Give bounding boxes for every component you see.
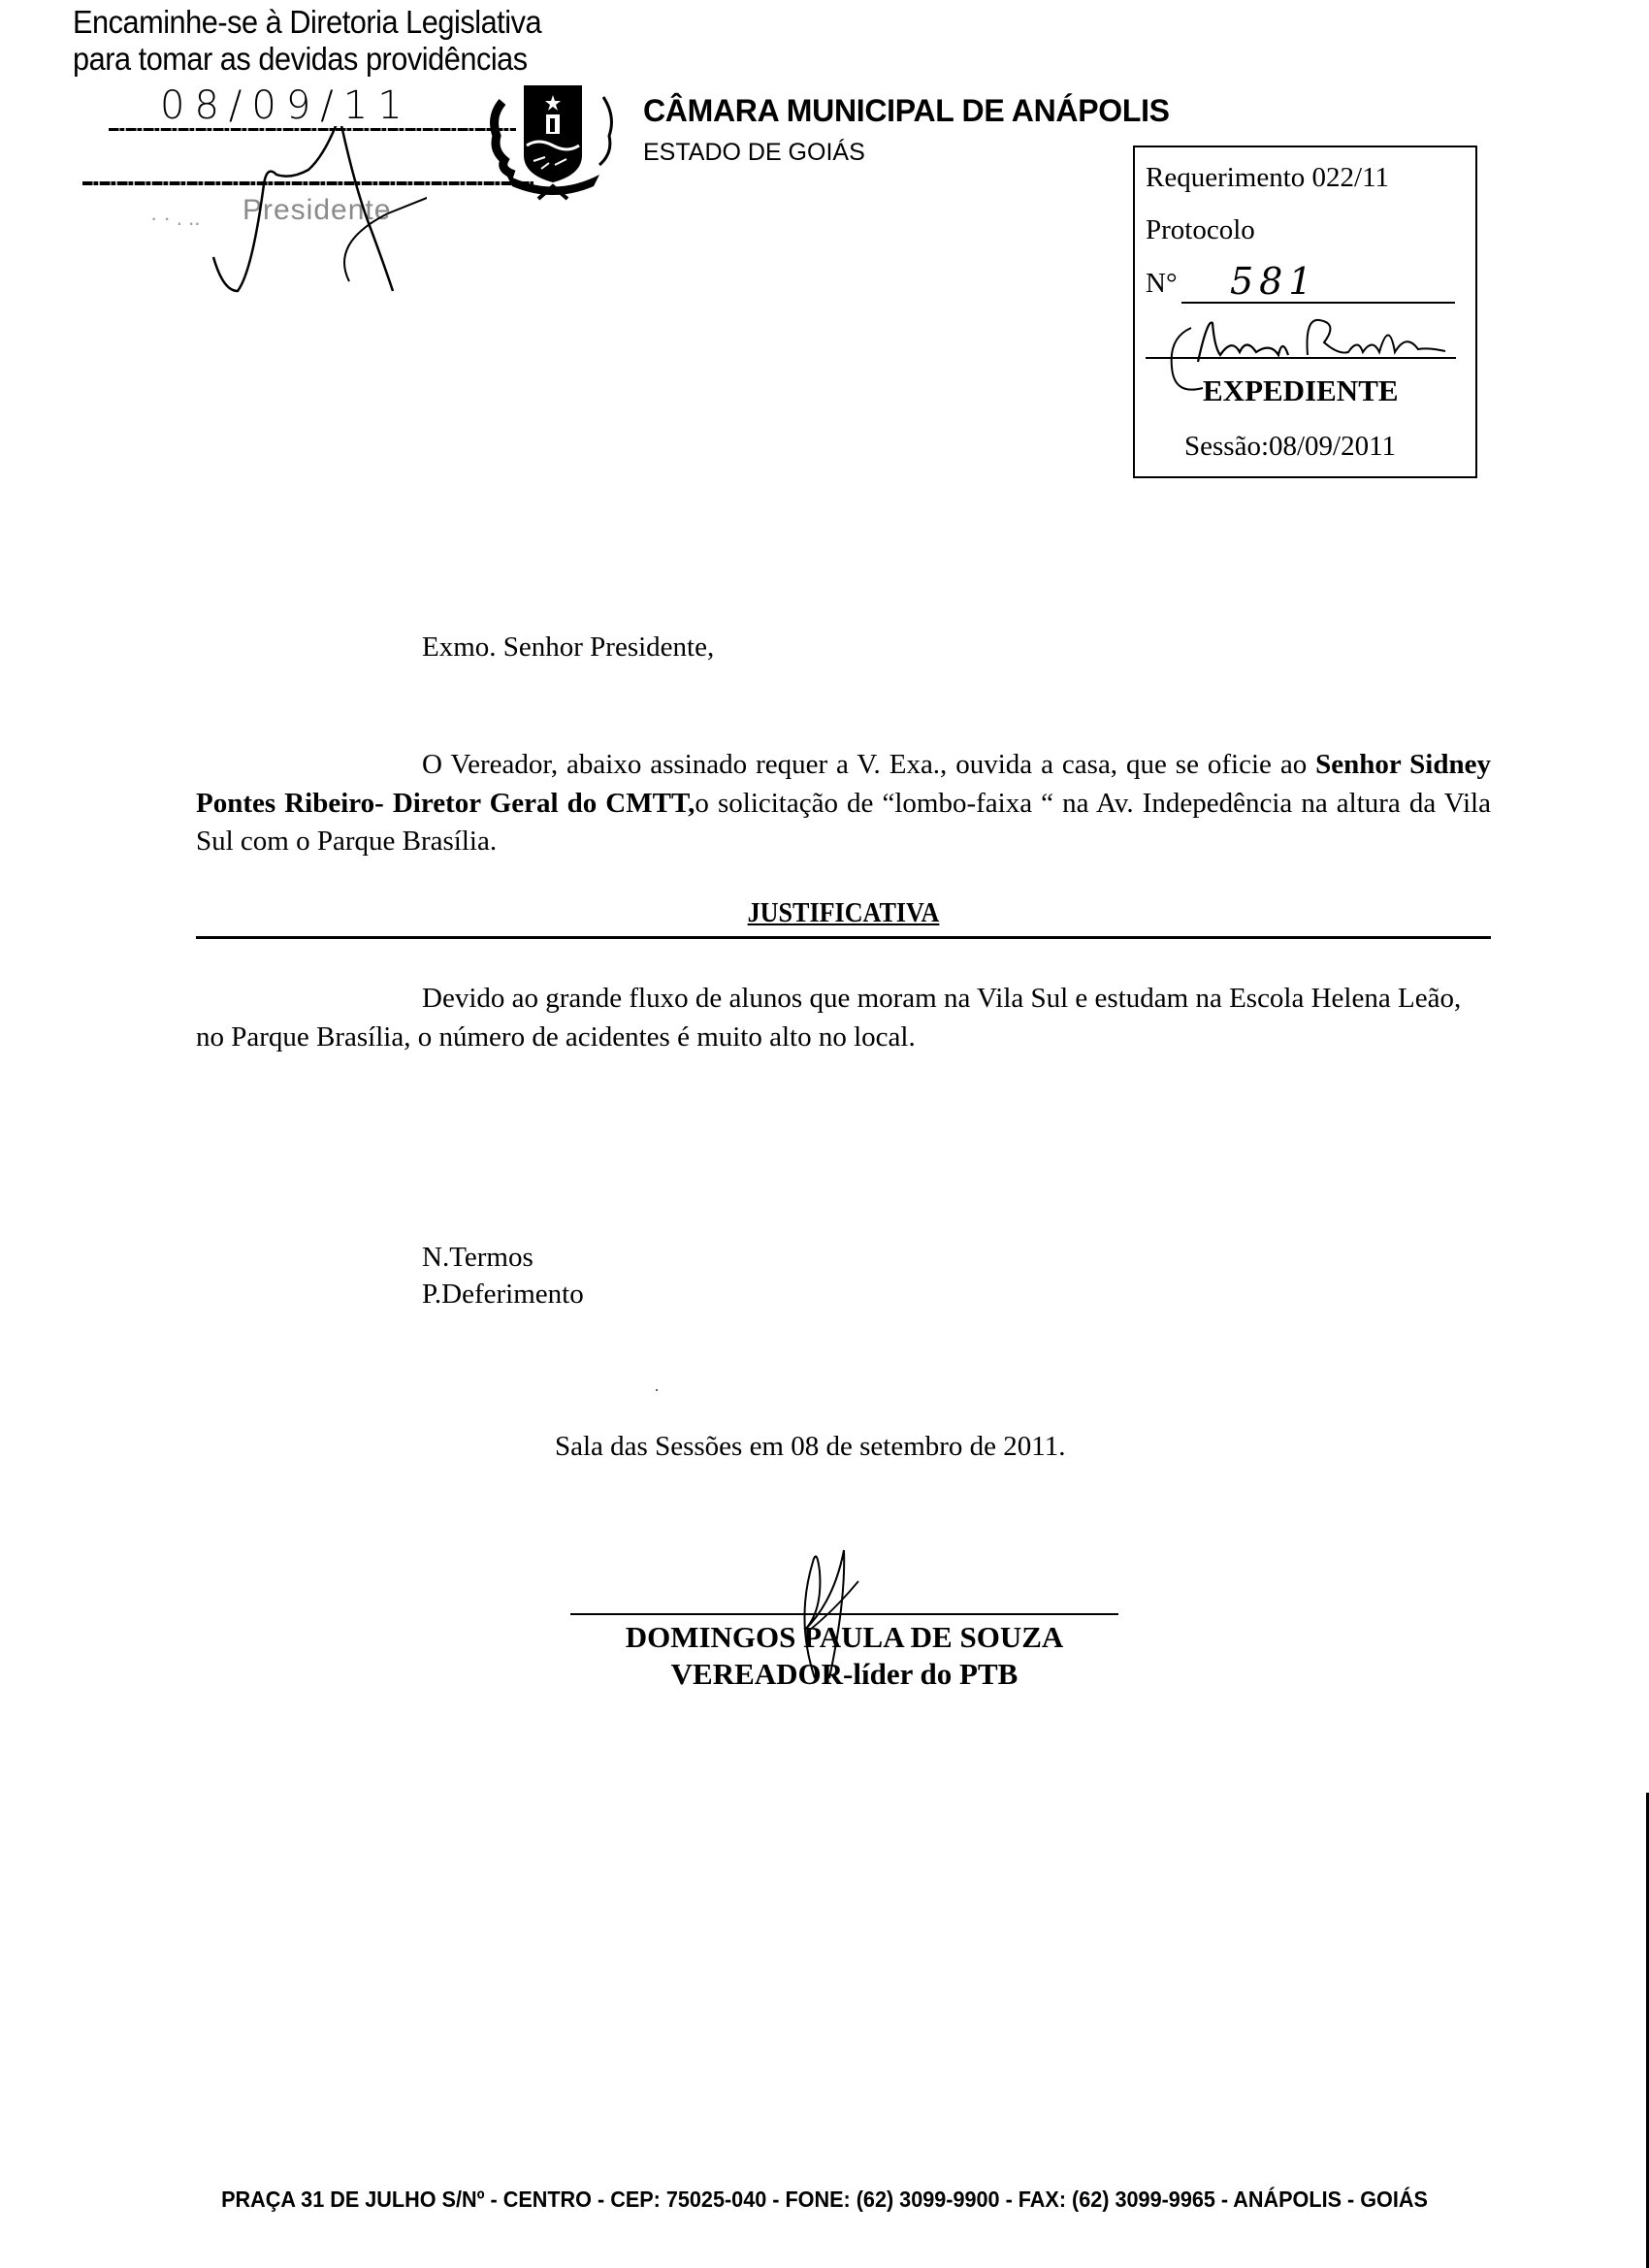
approval-date-handwritten: 08/09/11 [160, 83, 412, 128]
justification-rule [196, 936, 1491, 939]
justification-paragraph: Devido ao grande fluxo de alunos que mor… [196, 980, 1491, 1056]
number-rule [1181, 302, 1455, 304]
scan-speck [656, 1389, 658, 1391]
closing-p-deferimento: P.Deferimento [422, 1279, 584, 1311]
signer-name: DOMINGOS PAULA DE SOUZA [570, 1620, 1118, 1655]
organization-state: ESTADO DE GOIÁS [643, 139, 865, 167]
signature-rule [1146, 357, 1456, 359]
closing-n-termos: N.Termos [422, 1242, 533, 1274]
organization-title: CÂMARA MUNICIPAL DE ANÁPOLIS [643, 93, 1170, 129]
session-date: Sessão:08/09/2011 [1184, 431, 1396, 463]
number-label: N° [1146, 268, 1178, 300]
justification-title: JUSTIFICATIVA [261, 897, 1427, 929]
approval-stamp-line2: para tomar as devidas providências [73, 41, 528, 78]
request-text-part1: O Vereador, abaixo assinado requer a V. … [422, 749, 1315, 780]
justification-text: Devido ao grande fluxo de alunos que mor… [196, 983, 1461, 1053]
signature-rule [570, 1613, 1118, 1615]
request-paragraph: O Vereador, abaixo assinado requer a V. … [196, 746, 1491, 861]
protocol-number-handwritten: 581 [1230, 260, 1318, 303]
signer-role: VEREADOR-líder do PTB [570, 1657, 1118, 1692]
expediente-label: EXPEDIENTE [1203, 373, 1399, 408]
requerimento-number: Requerimento 022/11 [1146, 162, 1389, 194]
protocolo-label: Protocolo [1146, 214, 1255, 246]
place-and-date: Sala das Sessões em 08 de setembro de 20… [555, 1431, 1065, 1463]
approval-stamp-line1: Encaminhe-se à Diretoria Legislativa [73, 4, 541, 41]
stamp-dots: · · . .. [150, 206, 200, 231]
coat-of-arms-icon [485, 78, 621, 204]
salutation: Exmo. Senhor Presidente, [422, 632, 714, 664]
president-signature-icon [194, 126, 427, 301]
footer-address: PRAÇA 31 DE JULHO S/Nº - CENTRO - CEP: 7… [49, 2187, 1600, 2213]
